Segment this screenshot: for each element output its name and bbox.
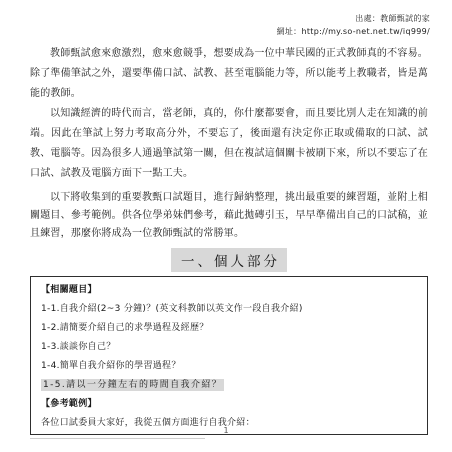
page-number: 1 [0, 426, 452, 435]
intro-paragraph-1: 教師甄試愈來愈激烈，愈來愈競爭，想要成為一位中華民國的正式教師真的不容易。除了準… [30, 44, 428, 104]
question-item: 1-3.談談你自己？ [41, 341, 417, 353]
question-box: 【相關題目】 1-1.自我介紹(2~3 分鐘)？(英文科教師以英文作一段自我介紹… [30, 276, 428, 435]
question-text: 1-1.自我介紹(2~3 分鐘)？(英文科教師以英文作一段自我介紹) [41, 304, 303, 314]
question-item: 1-1.自我介紹(2~3 分鐘)？(英文科教師以英文作一段自我介紹) [41, 303, 417, 315]
document-body: 教師甄試愈來愈激烈，愈來愈競爭，想要成為一位中華民國的正式教師真的不容易。除了準… [30, 44, 428, 439]
question-text: 1-3.談談你自己？ [41, 342, 116, 352]
divider [30, 438, 205, 439]
intro-paragraph-3: 以下將收集到的重要教甄口試題目，進行歸納整理，挑出最重要的練習題，並附上相關題目… [30, 189, 428, 243]
url-line: 網址：http://my.so-net.net.tw/iq999/ [277, 25, 430, 38]
highlighted-question-text: 1-5.請以一分鐘左右的時間自我介紹？ [41, 379, 224, 391]
section-heading-row: 一、個人部分 [30, 248, 428, 272]
question-text: 1-2.請簡要介紹自己的求學過程及經歷？ [41, 323, 209, 333]
reference-example-label: 【參考範例】 [41, 398, 417, 410]
related-questions-label: 【相關題目】 [41, 284, 417, 296]
source-line: 出處：教師甄試的家 [277, 12, 430, 25]
question-item: 1-4.簡單自我介紹你的學習過程？ [41, 360, 417, 372]
question-text: 1-4.簡單自我介紹你的學習過程？ [41, 361, 181, 371]
section-heading: 一、個人部分 [171, 248, 287, 272]
question-item: 1-2.請簡要介紹自己的求學過程及經歷？ [41, 322, 417, 334]
document-header: 出處：教師甄試的家 網址：http://my.so-net.net.tw/iq9… [277, 12, 430, 38]
question-item-highlighted: 1-5.請以一分鐘左右的時間自我介紹？ [41, 379, 417, 391]
document-page: 出處：教師甄試的家 網址：http://my.so-net.net.tw/iq9… [0, 0, 452, 452]
intro-paragraph-2: 以知識經濟的時代而言，當老師，真的，你什麼都要會，而且要比別人走在知識的前端。因… [30, 104, 428, 184]
